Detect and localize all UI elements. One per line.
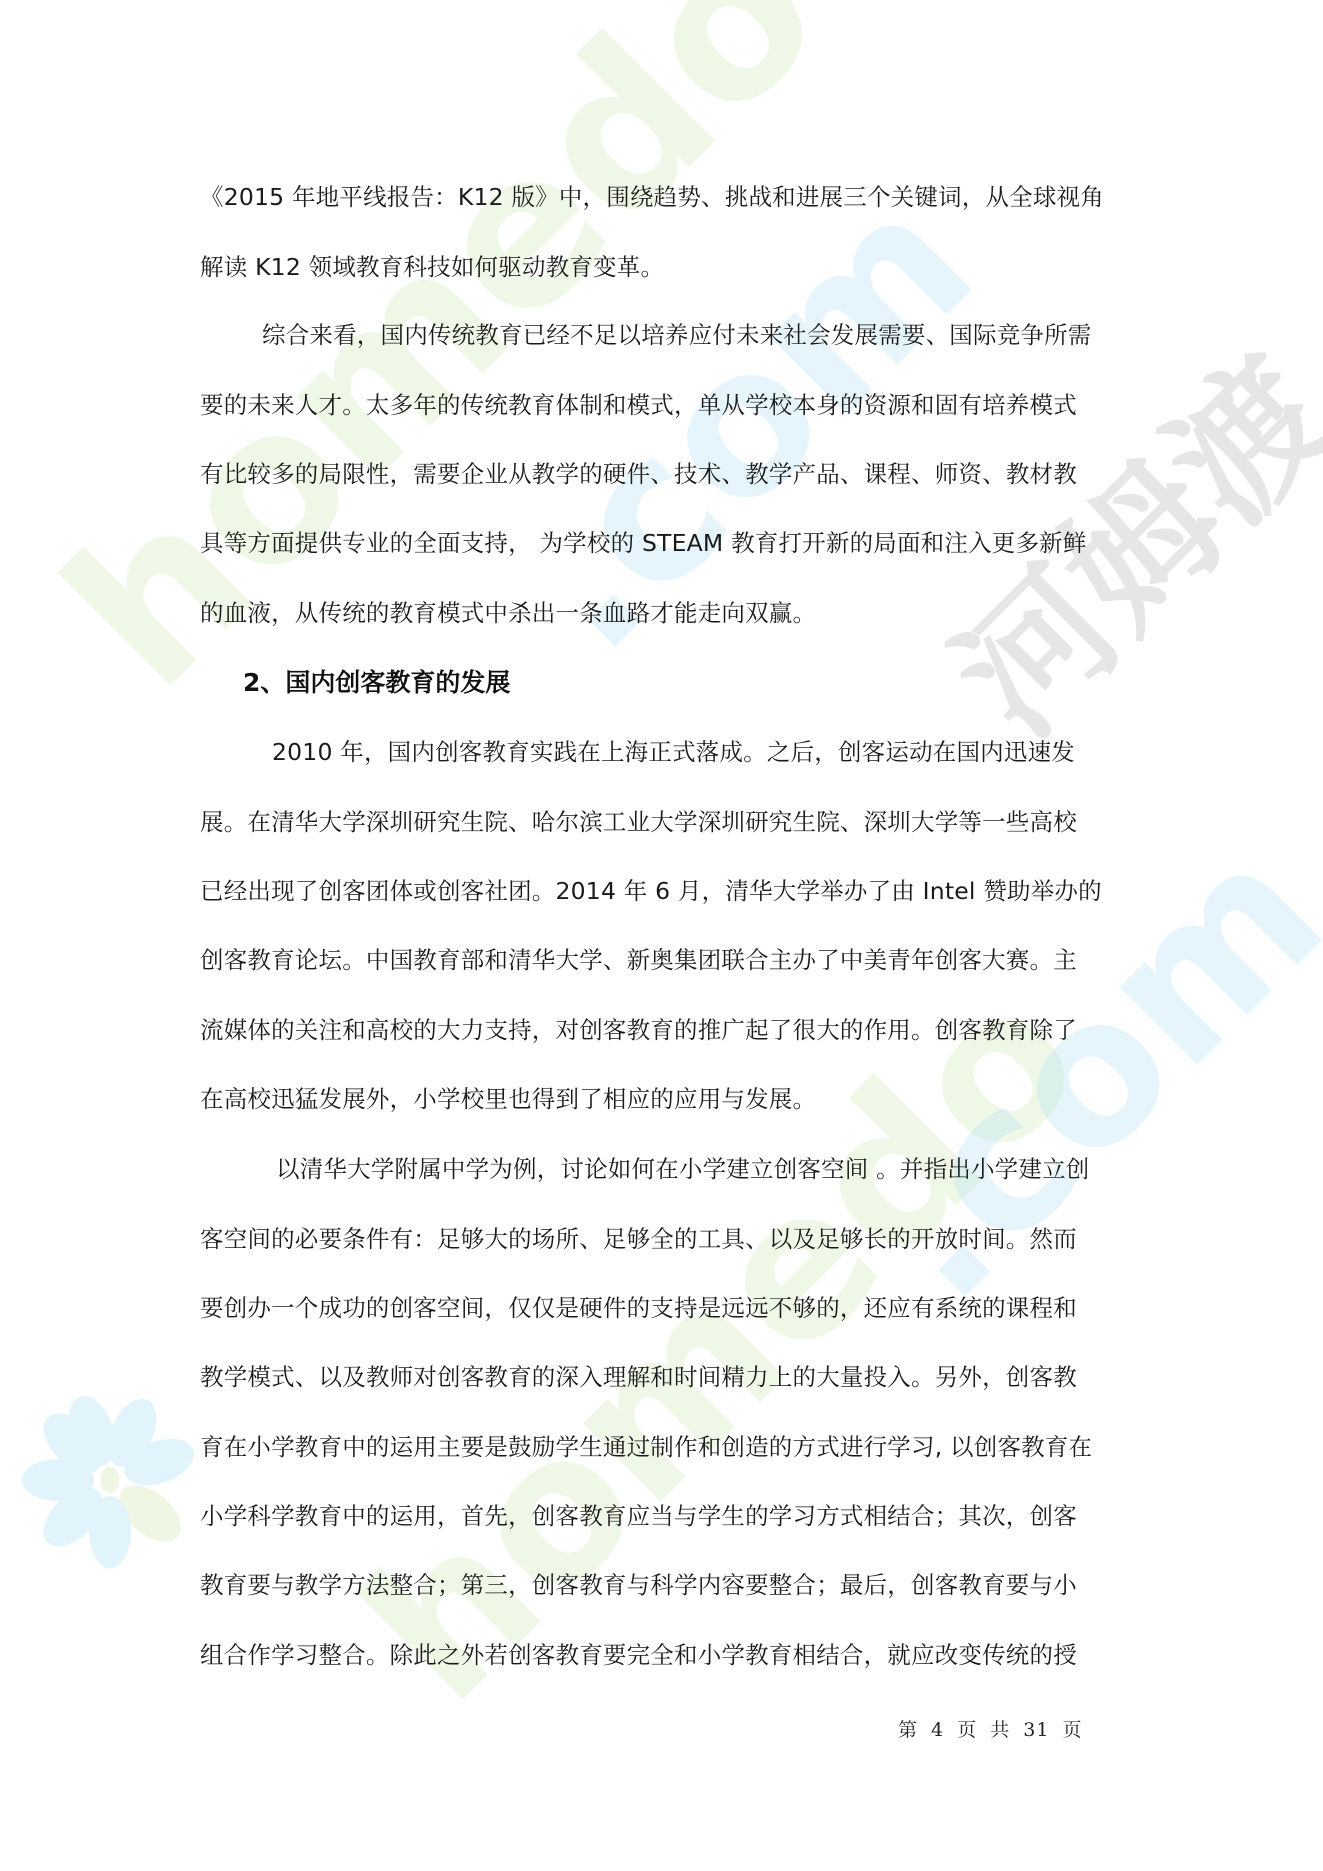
paragraph-2-line-3: 有比较多的局限性，需要企业从教学的硬件、技术、教学产品、课程、师资、教材教: [200, 455, 1077, 489]
paragraph-4-line-4: 教学模式、以及教师对创客教育的深入理解和时间精力上的大量投入。另外，创客教: [200, 1358, 1077, 1392]
paragraph-3-line-5: 流媒体的关注和高校的大力支持，对创客教育的推广起了很大的作用。创客教育除了: [200, 1011, 1077, 1045]
paragraph-3-line-3: 已经出现了创客团体或创客社团。2014 年 6 月，清华大学举办了由 Intel…: [200, 872, 1102, 906]
paragraph-3-line-4: 创客教育论坛。中国教育部和清华大学、新奥集团联合主办了中美青年创客大赛。主: [200, 941, 1077, 975]
paragraph-2-line-1: 综合来看，国内传统教育已经不足以培养应付未来社会发展需要、国际竞争所需: [262, 316, 1092, 350]
paragraph-2-line-4: 具等方面提供专业的全面支持， 为学校的 STEAM 教育打开新的局面和注入更多新…: [200, 524, 1087, 558]
flower-logo-icon: [15, 1380, 205, 1580]
paragraph-3-line-2: 展。在清华大学深圳研究生院、哈尔滨工业大学深圳研究生院、深圳大学等一些高校: [200, 803, 1077, 837]
paragraph-3-line-6: 在高校迅猛发展外，小学校里也得到了相应的应用与发展。: [200, 1080, 816, 1114]
page-number-footer: 第 4 页 共 31 页: [898, 1715, 1082, 1742]
paragraph-4-line-3: 要创办一个成功的创客空间，仅仅是硬件的支持是远远不够的，还应有系统的课程和: [200, 1289, 1077, 1323]
paragraph-4-line-5: 育在小学教育中的运用主要是鼓励学生通过制作和创造的方式进行学习, 以创客教育在: [200, 1428, 1092, 1462]
watermark-homedo: homedo: [320, 940, 1124, 1744]
section-heading: 2、国内创客教育的发展: [243, 663, 510, 699]
paragraph-2-line-2: 要的未来人才。太多年的传统教育体制和模式，单从学校本身的资源和固有培养模式: [200, 386, 1077, 420]
paragraph-4-line-1: 以清华大学附属中学为例，讨论如何在小学建立创客空间 。并指出小学建立创: [276, 1150, 1089, 1184]
paragraph-2-line-5: 的血液，从传统的教育模式中杀出一条血路才能走向双赢。: [200, 594, 816, 628]
paragraph-1-line-2: 解读 K12 领域教育科技如何驱动教育变革。: [200, 248, 664, 282]
paragraph-4-line-8: 组合作学习整合。除此之外若创客教育要完全和小学教育相结合，就应改变传统的授: [200, 1636, 1077, 1670]
paragraph-1-line-1: 《2015 年地平线报告：K12 版》中，围绕趋势、挑战和进展三个关键词，从全球…: [200, 178, 1104, 212]
paragraph-4-line-2: 客空间的必要条件有：足够大的场所、足够全的工具、以及足够长的开放时间。然而: [200, 1220, 1077, 1254]
document-page: homedo homedo .com .com 河姆渡 《2015 年地平线报告…: [0, 0, 1323, 1871]
paragraph-4-line-6: 小学科学教育中的运用，首先，创客教育应当与学生的学习方式相结合；其次，创客: [200, 1497, 1077, 1531]
paragraph-4-line-7: 教育要与教学方法整合；第三，创客教育与科学内容要整合；最后，创客教育要与小: [200, 1566, 1077, 1600]
paragraph-3-line-1: 2010 年，国内创客教育实践在上海正式落成。之后，创客运动在国内迅速发: [272, 733, 1075, 767]
